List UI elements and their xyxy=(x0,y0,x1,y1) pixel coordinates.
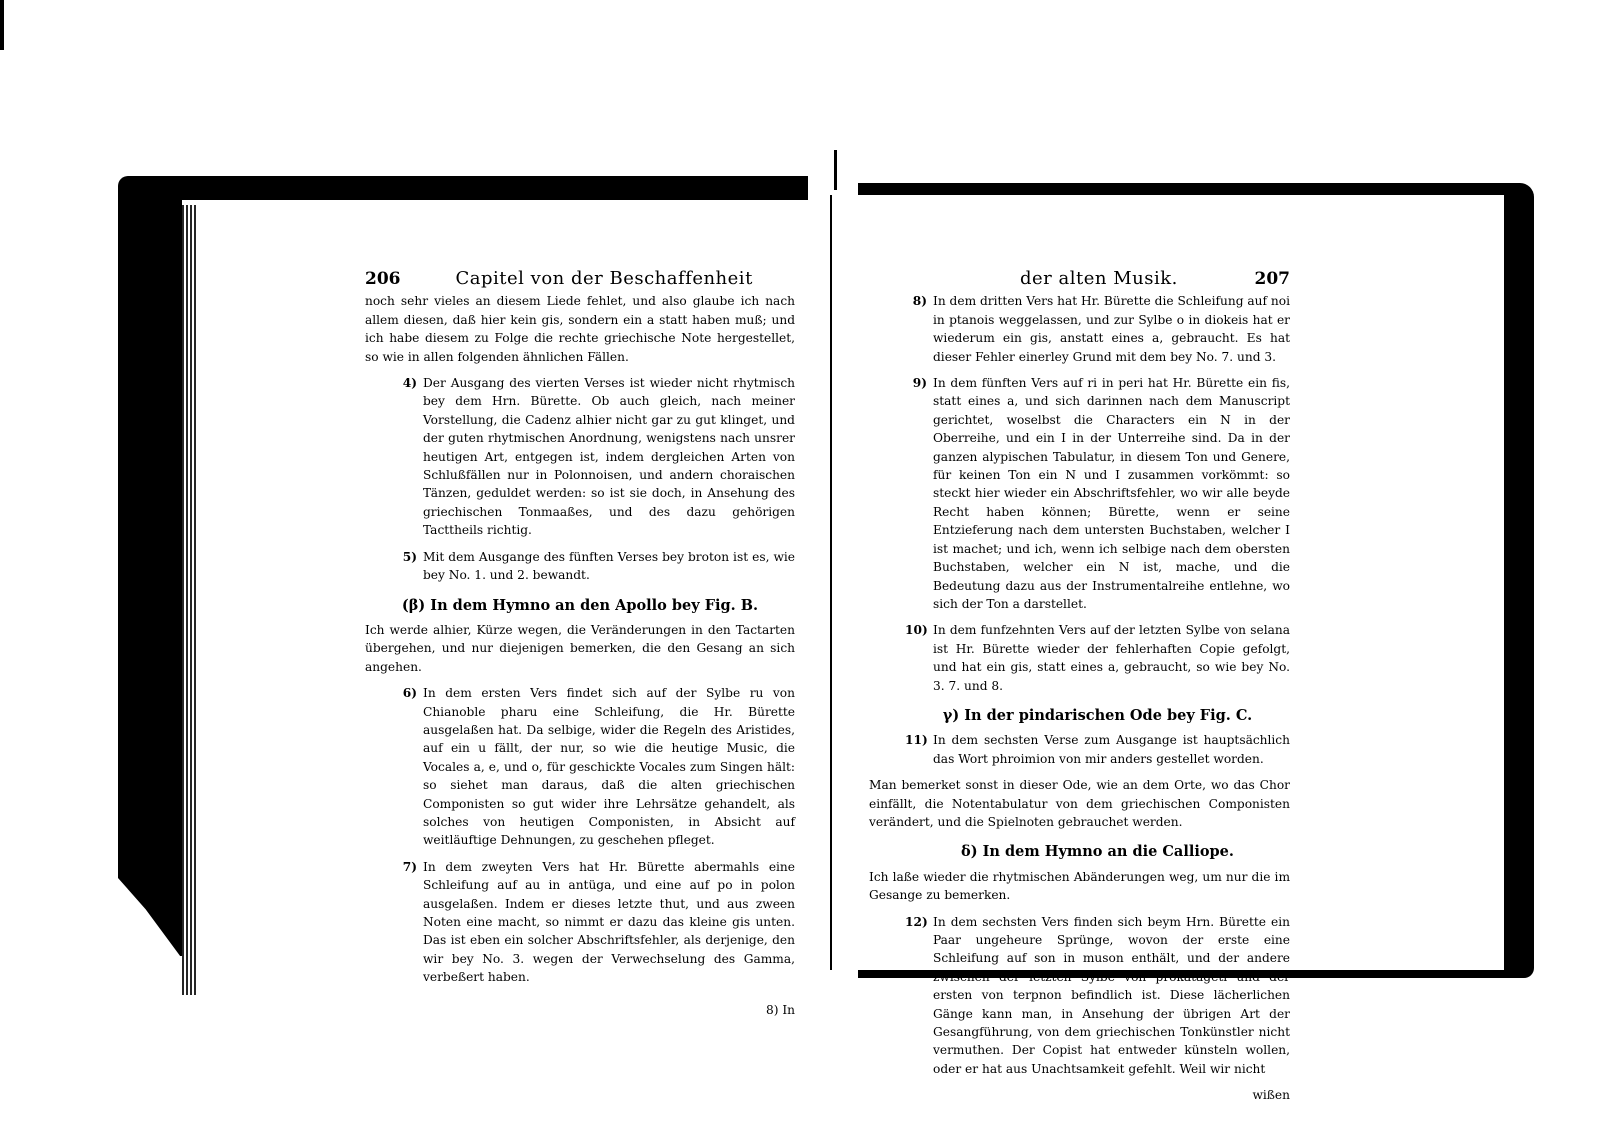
item-number: 5) xyxy=(385,548,423,585)
list-item: 10) In dem funfzehnten Vers auf der letz… xyxy=(905,621,1290,695)
section-heading: (β) In dem Hymno an den Apollo bey Fig. … xyxy=(365,597,795,615)
item-number: 12) xyxy=(905,913,933,1079)
page-number: 207 xyxy=(1255,270,1291,288)
page-number: 206 xyxy=(365,270,401,288)
section-heading: δ) In dem Hymno an die Calliope. xyxy=(905,843,1290,861)
catchword: wißen xyxy=(905,1086,1290,1104)
item-text: Der Ausgang des vierten Verses ist wiede… xyxy=(423,374,795,540)
gutter-mark xyxy=(834,150,837,190)
item-number: 7) xyxy=(385,858,423,987)
running-head-title: Capitel von der Beschaffenheit xyxy=(456,270,796,288)
paragraph: Man bemerket sonst in dieser Ode, wie an… xyxy=(869,776,1290,831)
item-number: 4) xyxy=(385,374,423,540)
item-number: 6) xyxy=(385,684,423,850)
list-item: 7) In dem zweyten Vers hat Hr. Bürette a… xyxy=(385,858,795,987)
list-item: 6) In dem ersten Vers findet sich auf de… xyxy=(385,684,795,850)
item-number: 9) xyxy=(905,374,933,613)
right-running-head: der alten Musik. 207 xyxy=(905,270,1290,288)
section-heading: γ) In der pindarischen Ode bey Fig. C. xyxy=(905,707,1290,725)
item-text: In dem fünften Vers auf ri in peri hat H… xyxy=(933,374,1290,613)
item-text: In dem funfzehnten Vers auf der letzten … xyxy=(933,621,1290,695)
list-item: 4) Der Ausgang des vierten Verses ist wi… xyxy=(385,374,795,540)
list-item: 9) In dem fünften Vers auf ri in peri ha… xyxy=(905,374,1290,613)
list-item: 11) In dem sechsten Verse zum Ausgange i… xyxy=(905,731,1290,768)
item-text: In dem dritten Vers hat Hr. Bürette die … xyxy=(933,292,1290,366)
paragraph: Ich laße wieder die rhytmischen Abänderu… xyxy=(869,868,1290,905)
item-number: 8) xyxy=(905,292,933,366)
scan-artifact xyxy=(0,0,4,50)
list-item: 5) Mit dem Ausgange des fünften Verses b… xyxy=(385,548,795,585)
item-number: 11) xyxy=(905,731,933,768)
list-item: 8) In dem dritten Vers hat Hr. Bürette d… xyxy=(905,292,1290,366)
running-head-title: der alten Musik. xyxy=(1020,270,1255,288)
item-text: Mit dem Ausgange des fünften Verses bey … xyxy=(423,548,795,585)
item-text: In dem sechsten Vers finden sich beym Hr… xyxy=(933,913,1290,1079)
item-number: 10) xyxy=(905,621,933,695)
right-page: der alten Musik. 207 8) In dem dritten V… xyxy=(905,270,1290,1105)
page-edges xyxy=(182,205,196,995)
item-text: In dem sechsten Verse zum Ausgange ist h… xyxy=(933,731,1290,768)
item-text: In dem zweyten Vers hat Hr. Bürette aber… xyxy=(423,858,795,987)
opening-paragraph: noch sehr vieles an diesem Liede fehlet,… xyxy=(365,292,795,366)
catchword: 8) In xyxy=(365,1001,795,1019)
list-item: 12) In dem sechsten Vers finden sich bey… xyxy=(905,913,1290,1079)
left-running-head: 206 Capitel von der Beschaffenheit xyxy=(365,270,795,288)
item-text: In dem ersten Vers findet sich auf der S… xyxy=(423,684,795,850)
section-paragraph: Ich werde alhier, Kürze wegen, die Verän… xyxy=(365,621,795,676)
left-page: 206 Capitel von der Beschaffenheit noch … xyxy=(365,270,795,1019)
